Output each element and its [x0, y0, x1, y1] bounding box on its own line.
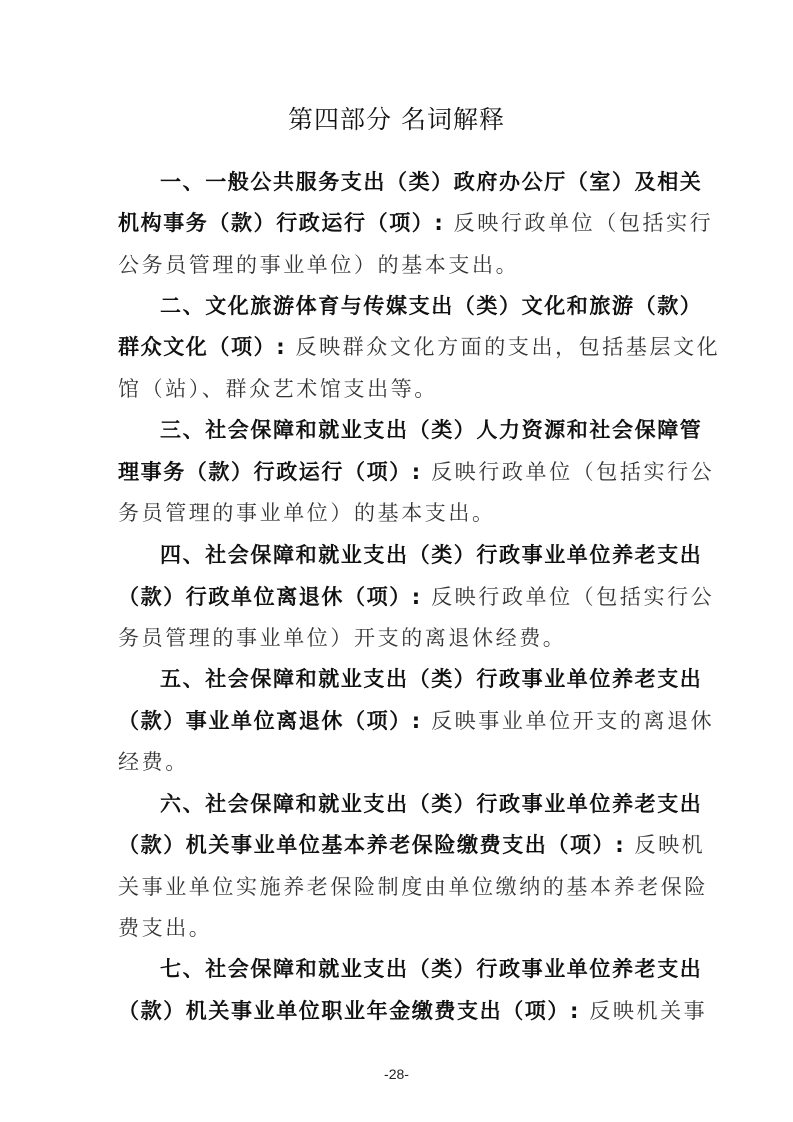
term-text: （款）机关事业单位基本养老保险缴费支出（项）:: [118, 833, 625, 857]
definition-text: 反映行政单位（包括实行: [444, 211, 713, 235]
term-text: 四、社会保障和就业支出（类）行政事业单位养老支出: [160, 543, 702, 567]
item-line: 群众文化（项）: 反映群众文化方面的支出，包括基层文化: [118, 333, 678, 361]
item-line: 七、社会保障和就业支出（类）行政事业单位养老支出: [160, 955, 680, 983]
item-line: 费支出。: [118, 914, 678, 942]
term-text: 三、社会保障和就业支出（类）人力资源和社会保障管: [160, 418, 702, 442]
term-text: 理事务（款）行政运行（项）:: [118, 460, 422, 484]
definition-text: 经费。: [118, 750, 189, 774]
item-line: 务员管理的事业单位）的基本支出。: [118, 499, 678, 527]
definition-text: 务员管理的事业单位）开支的离退休经费。: [118, 626, 566, 650]
definition-text: 反映群众文化方面的支出，包括基层文化: [286, 335, 720, 359]
item-line: 理事务（款）行政运行（项）: 反映行政单位（包括实行公: [118, 458, 678, 486]
section-title: 第四部分 名词解释: [0, 100, 793, 136]
item-line: 馆（站）、群众艺术馆支出等。: [118, 375, 678, 403]
definition-text: 公务员管理的事业单位）的基本支出。: [118, 253, 519, 277]
term-text: （款）机关事业单位职业年金缴费支出（项）:: [118, 999, 580, 1023]
item-line: 二、文化旅游体育与传媒支出（类）文化和旅游（款）: [160, 292, 680, 320]
page-number: -28-: [0, 1066, 793, 1082]
term-text: 七、社会保障和就业支出（类）行政事业单位养老支出: [160, 957, 702, 981]
term-text: 一、一般公共服务支出（类）政府办公厅（室）及相关: [160, 170, 702, 194]
definition-text: 务员管理的事业单位）的基本支出。: [118, 501, 496, 525]
item-line: 四、社会保障和就业支出（类）行政事业单位养老支出: [160, 541, 680, 569]
definition-text: 反映事业单位开支的离退休: [422, 709, 714, 733]
item-line: （款）行政单位离退休（项）: 反映行政单位（包括实行公: [118, 583, 678, 611]
definition-text: 关事业单位实施养老保险制度由单位缴纳的基本养老保险: [118, 875, 708, 899]
definition-text: 反映机: [625, 833, 705, 857]
definition-text: 反映机关事: [580, 999, 707, 1023]
item-line: 六、社会保障和就业支出（类）行政事业单位养老支出: [160, 790, 680, 818]
term-text: （款）事业单位离退休（项）:: [118, 709, 422, 733]
term-text: 二、文化旅游体育与传媒支出（类）文化和旅游（款）: [160, 294, 702, 318]
item-line: 务员管理的事业单位）开支的离退休经费。: [118, 624, 678, 652]
item-line: 五、社会保障和就业支出（类）行政事业单位养老支出: [160, 665, 680, 693]
term-text: 群众文化（项）:: [118, 335, 286, 359]
item-line: （款）机关事业单位基本养老保险缴费支出（项）: 反映机: [118, 831, 678, 859]
item-line: 经费。: [118, 748, 678, 776]
item-line: 公务员管理的事业单位）的基本支出。: [118, 251, 678, 279]
item-line: 一、一般公共服务支出（类）政府办公厅（室）及相关: [160, 168, 680, 196]
term-text: 机构事务（款）行政运行（项）:: [118, 211, 444, 235]
item-line: （款）机关事业单位职业年金缴费支出（项）: 反映机关事: [118, 997, 678, 1025]
term-text: 五、社会保障和就业支出（类）行政事业单位养老支出: [160, 667, 702, 691]
item-line: 三、社会保障和就业支出（类）人力资源和社会保障管: [160, 416, 680, 444]
definition-text: 反映行政单位（包括实行公: [422, 460, 714, 484]
definition-text: 费支出。: [118, 916, 212, 940]
item-line: 机构事务（款）行政运行（项）: 反映行政单位（包括实行: [118, 209, 678, 237]
definition-text: 馆（站）、群众艺术馆支出等。: [118, 377, 438, 401]
term-text: 六、社会保障和就业支出（类）行政事业单位养老支出: [160, 792, 702, 816]
item-line: 关事业单位实施养老保险制度由单位缴纳的基本养老保险: [118, 873, 678, 901]
item-line: （款）事业单位离退休（项）: 反映事业单位开支的离退休: [118, 707, 678, 735]
term-text: （款）行政单位离退休（项）:: [118, 585, 422, 609]
definition-text: 反映行政单位（包括实行公: [422, 585, 714, 609]
